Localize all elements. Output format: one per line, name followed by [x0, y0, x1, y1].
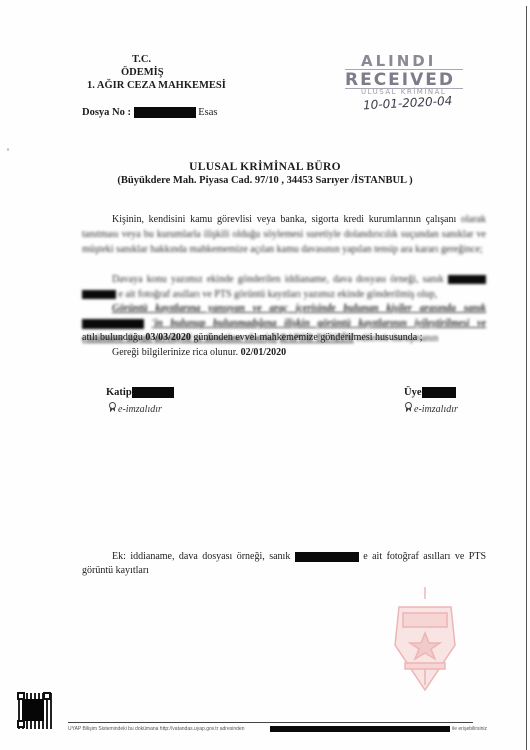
header-court: 1. AĞIR CEZA MAHKEMESİ [87, 79, 226, 92]
stamp-handwritten-date: 10-01-2020-04 [363, 94, 453, 113]
paragraph-2-part1: Davaya konu yazımız ekinde gönderilen id… [112, 274, 444, 285]
paragraph-1-clear: Kişinin, kendisini kamu görevlisi veya b… [112, 214, 456, 225]
redaction-footer-code [270, 726, 450, 732]
member-esign: e-imzalıdır [404, 402, 458, 415]
medal-icon [404, 402, 413, 414]
qr-corner [43, 692, 51, 700]
member-label: Üye [404, 387, 422, 398]
redaction-defendant [295, 552, 359, 562]
medal-icon [108, 402, 117, 414]
file-number: Dosya No : Esas [82, 107, 218, 118]
scan-speck [7, 148, 9, 151]
paragraph-2-part2: e ait fotoğraf asılları ve PTS görüntü k… [119, 289, 438, 300]
police-seal-icon [385, 585, 465, 695]
document-date: 02/01/2020 [241, 347, 287, 358]
redaction-defendant [82, 319, 144, 329]
hearing-date: 03/03/2020 [145, 332, 191, 343]
qr-corner [17, 720, 25, 728]
redaction-file-number [134, 107, 196, 118]
clerk-signature: Katip [106, 387, 174, 398]
clerk-esign-text: e-imzalıdır [118, 404, 162, 415]
member-esign-text: e-imzalıdır [414, 404, 458, 415]
clerk-label: Katip [106, 387, 132, 398]
paragraph-5: Gereği bilgilerinize rica olunur. 02/01/… [112, 345, 516, 360]
redaction-member-name [422, 387, 456, 398]
footer-text: UYAP Bilişim Sistemindeki bu dokümana ht… [68, 726, 244, 732]
clerk-esign: e-imzalıdır [108, 402, 162, 415]
attachments-part1: Ek: iddianame, dava dosyası örneği, sanı… [112, 551, 290, 562]
paragraph-2: Davaya konu yazımız ekinde gönderilen id… [82, 272, 486, 302]
redaction-defendant [448, 275, 486, 284]
header-country: T.C. [132, 53, 151, 66]
file-number-label: Dosya No : [82, 107, 131, 118]
paragraph-4-part1: atılı bulunduğu [82, 332, 143, 343]
paragraph-4: atılı bulunduğu 03/03/2020 gününden evve… [82, 330, 486, 345]
paragraph-1: Kişinin, kendisini kamu görevlisi veya b… [82, 212, 486, 257]
qr-corner [17, 692, 25, 700]
redaction-clerk-name [132, 387, 174, 398]
paragraph-3-part1: Görüntü kayıtlarına yansıyan ve araç içe… [112, 303, 486, 314]
stamp-line1: ALINDI [361, 52, 436, 70]
header-city: ÖDEMİŞ [121, 66, 164, 79]
recipient-address: (Büyükdere Mah. Piyasa Cad. 97/10 , 3445… [0, 175, 530, 186]
scan-edge-line [526, 6, 527, 750]
paragraph-5-part1: Gereği bilgilerinize rica olunur. [112, 347, 238, 358]
footer-text-end: ile erişebilirsiniz [452, 726, 487, 732]
member-signature: Üye [404, 387, 456, 398]
stamp-line2: RECEIVED [345, 70, 455, 90]
footer-rule [68, 722, 473, 723]
paragraph-4-part2: gününden evvel mahkememize gönderilmesi … [193, 332, 422, 343]
qr-code-redaction [22, 699, 44, 721]
recipient-name: ULUSAL KRİMİNAL BÜRO [0, 161, 530, 173]
redaction-defendant [82, 290, 116, 299]
document-page: T.C. ÖDEMİŞ 1. AĞIR CEZA MAHKEMESİ Dosya… [0, 0, 530, 750]
attachments: Ek: iddianame, dava dosyası örneği, sanı… [82, 550, 486, 578]
file-number-suffix: Esas [198, 107, 217, 118]
received-stamp: ALINDI RECEIVED ULUSAL KRİMİNAL 10-01-20… [343, 52, 478, 114]
